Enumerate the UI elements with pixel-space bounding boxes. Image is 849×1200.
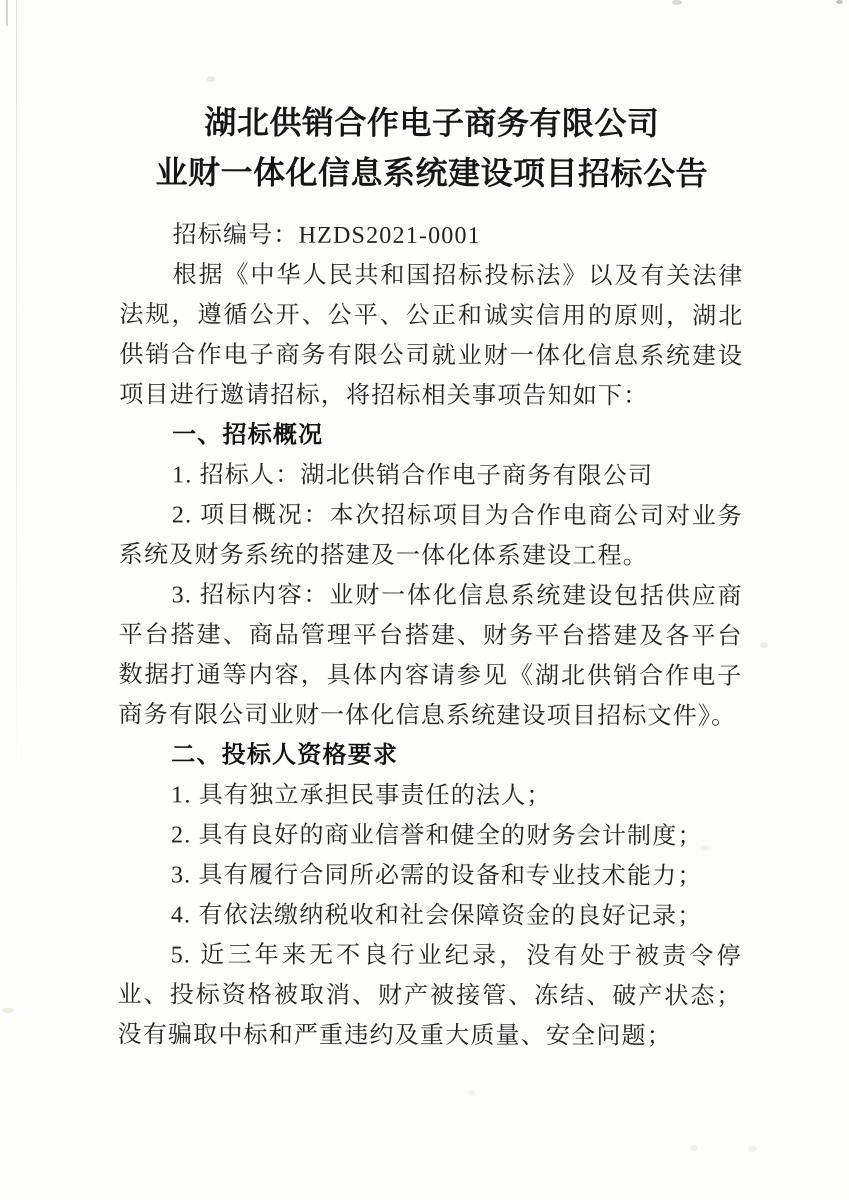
document-title-line-1: 湖北供销合作电子商务有限公司 (120, 97, 744, 149)
section-2-item-5: 5. 近三年来无不良行业纪录，没有处于被责令停业、投标资格被取消、财产被接管、冻… (117, 935, 741, 1057)
scanned-document-page: 湖北供销合作电子商务有限公司 业财一体化信息系统建设项目招标公告 招标编号：HZ… (0, 0, 849, 1200)
scan-speck (760, 642, 768, 648)
scan-speck (836, 0, 843, 4)
scan-corner-artifact (6, 0, 8, 26)
section-1-heading: 一、招标概况 (119, 415, 743, 457)
document-title-line-2: 业财一体化信息系统建设项目招标公告 (120, 147, 744, 199)
scan-edge-artifact (16, 0, 17, 790)
document-content: 湖北供销合作电子商务有限公司 业财一体化信息系统建设项目招标公告 招标编号：HZ… (117, 97, 744, 1057)
section-2-heading: 二、投标人资格要求 (118, 735, 742, 777)
section-2-item-1: 1. 具有独立承担民事责任的法人； (118, 775, 742, 817)
scan-speck (468, 1090, 475, 1095)
scan-speck (672, 0, 682, 5)
intro-paragraph: 根据《中华人民共和国招标投标法》以及有关法律法规，遵循公开、公平、公正和诚实信用… (119, 255, 743, 417)
section-2-item-2: 2. 具有良好的商业信誉和健全的财务会计制度； (118, 815, 742, 857)
scan-speck (690, 1145, 698, 1151)
scan-speck (206, 76, 215, 82)
scan-speck (748, 1146, 757, 1152)
scan-speck (2, 1008, 14, 1013)
document-title: 湖北供销合作电子商务有限公司 业财一体化信息系统建设项目招标公告 (120, 97, 744, 199)
section-2-item-4: 4. 有依法缴纳税收和社会保障资金的良好记录； (118, 895, 742, 937)
section-1-item-3: 3. 招标内容：业财一体化信息系统建设包括供应商平台搭建、商品管理平台搭建、财务… (118, 575, 742, 737)
section-2-item-3: 3. 具有履行合同所必需的设备和专业技术能力； (118, 855, 742, 897)
section-1-item-1: 1. 招标人：湖北供销合作电子商务有限公司 (119, 455, 743, 497)
section-1-item-2: 2. 项目概况：本次招标项目为合作电商公司对业务系统及财务系统的搭建及一体化体系… (119, 495, 743, 577)
tender-number: 招标编号：HZDS2021-0001 (120, 215, 744, 257)
